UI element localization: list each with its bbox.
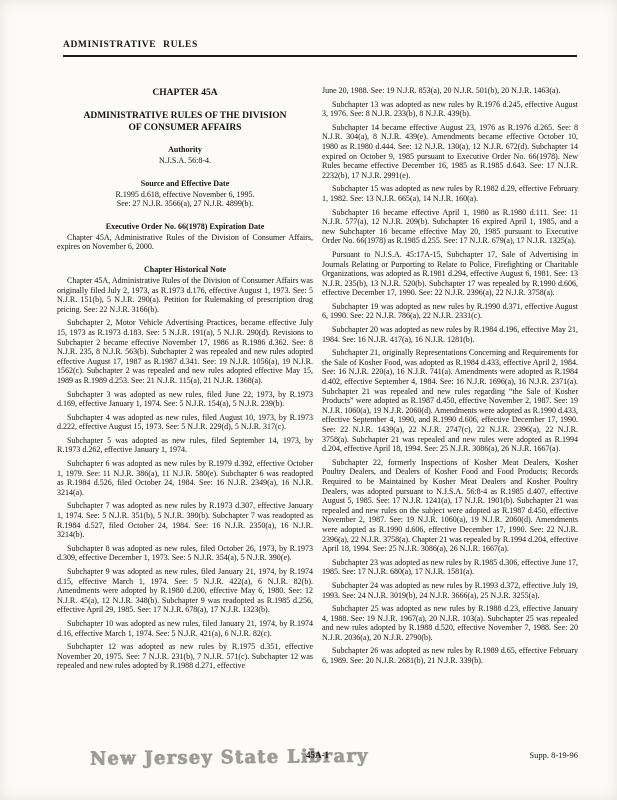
historical-paragraph: Subchapter 16 became effective April 1, … — [322, 208, 578, 246]
left-column: CHAPTER 45A ADMINISTRATIVE RULES OF THE … — [57, 86, 313, 675]
historical-paragraph: Subchapter 15 was adopted as new rules b… — [322, 184, 578, 203]
historical-paragraph: Subchapter 21, originally Representation… — [322, 348, 578, 454]
historical-paragraph: Subchapter 3 was adopted as new rules, f… — [57, 390, 313, 409]
authority-heading: Authority — [57, 145, 313, 154]
authority-text: N.J.S.A. 56:8-4. — [57, 156, 313, 166]
executive-order-heading: Executive Order No. 66(1978) Expiration … — [57, 222, 313, 231]
historical-paragraph: Subchapter 24 was adopted as new rules b… — [322, 581, 578, 600]
historical-paragraph: Subchapter 6 was adopted as new rules by… — [57, 459, 313, 497]
historical-paragraph: Subchapter 25 was adopted as new rules b… — [322, 604, 578, 642]
source-line: See: 27 N.J.R. 3566(a), 27 N.J.R. 4899(b… — [57, 199, 313, 209]
historical-paragraph: Pursuant to N.J.S.A. 45:17A-15, Subchapt… — [322, 250, 578, 298]
historical-paragraph: Subchapter 9 was adopted as new rules, f… — [57, 567, 313, 615]
historical-paragraph: Subchapter 14 became effective August 23… — [322, 123, 578, 181]
historical-paragraph: Subchapter 8 was adopted as new rules, f… — [57, 544, 313, 563]
chapter-number: CHAPTER 45A — [57, 88, 313, 98]
historical-paragraph: Subchapter 20 was adopted as new rules b… — [322, 325, 578, 344]
historical-paragraph: Subchapter 7 was adopted as new rules by… — [57, 501, 313, 539]
historical-note-heading: Chapter Historical Note — [57, 265, 313, 274]
two-column-body: CHAPTER 45A ADMINISTRATIVE RULES OF THE … — [57, 86, 578, 675]
source-heading: Source and Effective Date — [57, 179, 313, 188]
historical-paragraph: Subchapter 4 was adopted as new rules, f… — [57, 413, 313, 432]
historical-paragraph: Chapter 45A, Administrative Rules of the… — [57, 276, 313, 314]
executive-order-paragraph: Chapter 45A, Administrative Rules of the… — [57, 233, 313, 252]
source-line: R.1995 d.618, effective November 6, 1995… — [57, 190, 313, 200]
historical-paragraph: Subchapter 23 was adopted as new rules b… — [322, 558, 578, 577]
chapter-title: ADMINISTRATIVE RULES OF THE DIVISION OF … — [80, 111, 290, 134]
historical-paragraph: Subchapter 12 was adopted as new rules b… — [57, 642, 313, 671]
supplement-date: Supp. 8-19-96 — [529, 750, 578, 760]
historical-paragraph: Subchapter 5 was adopted as new rules, f… — [57, 436, 313, 455]
page-number: 45A-1 — [57, 750, 578, 760]
running-head: ADMINISTRATIVE RULES — [63, 40, 198, 50]
historical-paragraph: Subchapter 13 was adopted as new rules b… — [322, 100, 578, 119]
page-footer: New Jersey State Library 45A-1 Supp. 8-1… — [57, 750, 578, 770]
continuation-paragraph: June 20, 1988. See: 19 N.J.R. 853(a), 20… — [322, 86, 578, 96]
document-page: ADMINISTRATIVE RULES CHAPTER 45A ADMINIS… — [0, 0, 617, 800]
page-header: ADMINISTRATIVE RULES — [63, 34, 577, 57]
historical-paragraph: Subchapter 26 was adopted as new rules b… — [322, 646, 578, 665]
right-column: June 20, 1988. See: 19 N.J.R. 853(a), 20… — [322, 86, 578, 675]
historical-paragraph: Subchapter 2, Motor Vehicle Advertising … — [57, 318, 313, 385]
historical-paragraph: Subchapter 22, formerly Inspections of K… — [322, 458, 578, 554]
historical-paragraph: Subchapter 10 was adopted as new rules, … — [57, 619, 313, 638]
historical-paragraph: Subchapter 19 was adopted as new rules b… — [322, 302, 578, 321]
